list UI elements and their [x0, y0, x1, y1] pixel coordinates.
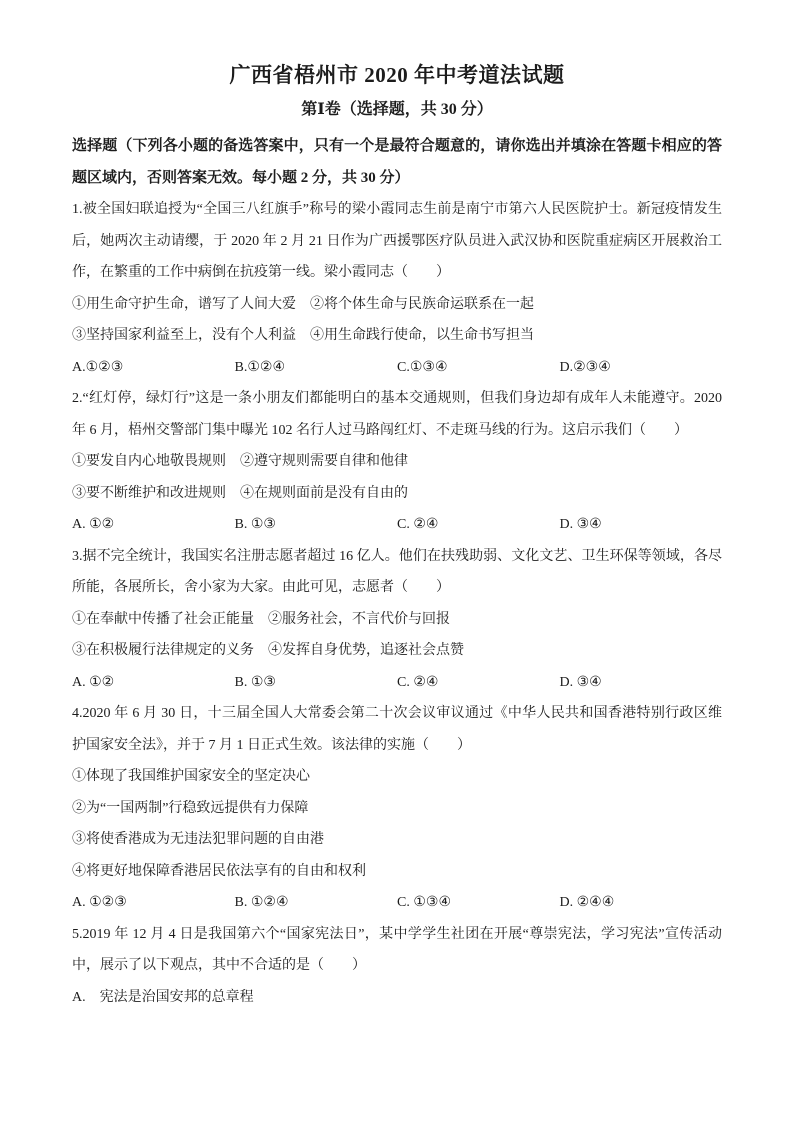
- question-4-items-line-1: ①体现了我国维护国家安全的坚定决心: [72, 761, 722, 793]
- question-2-option-d: D. ③④: [560, 509, 723, 541]
- question-3-option-a: A. ①②: [72, 667, 235, 699]
- question-3-items-line-2: ③在积极履行法律规定的义务 ④发挥自身优势，追逐社会点赞: [72, 635, 722, 667]
- question-list: 1.被全国妇联追授为“全国三八红旗手”称号的梁小霞同志生前是南宁市第六人民医院护…: [72, 194, 722, 1013]
- question-4-option-a: A. ①②③: [72, 887, 235, 919]
- question-1-stem: 1.被全国妇联追授为“全国三八红旗手”称号的梁小霞同志生前是南宁市第六人民医院护…: [72, 194, 722, 289]
- question-1-option-row: A.①②③ B.①②④ C.①③④ D.②③④: [72, 352, 722, 384]
- page-title: 广西省梧州市 2020 年中考道法试题: [72, 58, 722, 92]
- question-5-stem: 5.2019 年 12 月 4 日是我国第六个“国家宪法日”，某中学学生社团在开…: [72, 919, 722, 982]
- question-4-items-line-4: ④将更好地保障香港居民依法享有的自由和权利: [72, 856, 722, 888]
- question-3-option-d: D. ③④: [560, 667, 723, 699]
- question-4-option-b: B. ①②④: [235, 887, 398, 919]
- question-4-option-row: A. ①②③ B. ①②④ C. ①③④ D. ②④④: [72, 887, 722, 919]
- question-4-items-line-2: ②为“一国两制”行稳致远提供有力保障: [72, 793, 722, 825]
- question-4-option-d: D. ②④④: [560, 887, 723, 919]
- question-4-option-c: C. ①③④: [397, 887, 560, 919]
- question-2-option-row: A. ①② B. ①③ C. ②④ D. ③④: [72, 509, 722, 541]
- question-1-items-line-2: ③坚持国家利益至上，没有个人利益 ④用生命践行使命，以生命书写担当: [72, 320, 722, 352]
- question-1-option-c: C.①③④: [397, 352, 560, 384]
- question-3-option-row: A. ①② B. ①③ C. ②④ D. ③④: [72, 667, 722, 699]
- section-header: 第Ⅰ卷（选择题，共 30 分）: [72, 95, 722, 125]
- exam-instructions: 选择题（下列各小题的备选答案中，只有一个是最符合题意的，请你选出并填涂在答题卡相…: [72, 130, 722, 194]
- question-2: 2.“红灯停，绿灯行”这是一条小朋友们都能明白的基本交通规则，但我们身边却有成年…: [72, 383, 722, 541]
- question-4-items-line-3: ③将使香港成为无违法犯罪问题的自由港: [72, 824, 722, 856]
- question-5: 5.2019 年 12 月 4 日是我国第六个“国家宪法日”，某中学学生社团在开…: [72, 919, 722, 1014]
- question-2-items-line-2: ③要不断维护和改进规则 ④在规则面前是没有自由的: [72, 478, 722, 510]
- question-3-stem: 3.据不完全统计，我国实名注册志愿者超过 16 亿人。他们在扶残助弱、文化文艺、…: [72, 541, 722, 604]
- question-2-option-c: C. ②④: [397, 509, 560, 541]
- question-4: 4.2020 年 6 月 30 日，十三届全国人大常委会第二十次会议审议通过《中…: [72, 698, 722, 919]
- question-1-option-a: A.①②③: [72, 352, 235, 384]
- question-1: 1.被全国妇联追授为“全国三八红旗手”称号的梁小霞同志生前是南宁市第六人民医院护…: [72, 194, 722, 383]
- question-1-option-d: D.②③④: [560, 352, 723, 384]
- exam-document-page: 广西省梧州市 2020 年中考道法试题 第Ⅰ卷（选择题，共 30 分） 选择题（…: [0, 0, 793, 1122]
- question-2-items-line-1: ①要发自内心地敬畏规则 ②遵守规则需要自律和他律: [72, 446, 722, 478]
- question-2-stem: 2.“红灯停，绿灯行”这是一条小朋友们都能明白的基本交通规则，但我们身边却有成年…: [72, 383, 722, 446]
- page-content: 广西省梧州市 2020 年中考道法试题 第Ⅰ卷（选择题，共 30 分） 选择题（…: [0, 0, 793, 1013]
- question-2-option-b: B. ①③: [235, 509, 398, 541]
- question-4-stem: 4.2020 年 6 月 30 日，十三届全国人大常委会第二十次会议审议通过《中…: [72, 698, 722, 761]
- question-1-option-b: B.①②④: [235, 352, 398, 384]
- question-3-option-c: C. ②④: [397, 667, 560, 699]
- question-1-items-line-1: ①用生命守护生命，谱写了人间大爱 ②将个体生命与民族命运联系在一起: [72, 289, 722, 321]
- question-5-option-a: A. 宪法是治国安邦的总章程: [72, 982, 722, 1014]
- question-3: 3.据不完全统计，我国实名注册志愿者超过 16 亿人。他们在扶残助弱、文化文艺、…: [72, 541, 722, 699]
- question-3-option-b: B. ①③: [235, 667, 398, 699]
- question-3-items-line-1: ①在奉献中传播了社会正能量 ②服务社会，不言代价与回报: [72, 604, 722, 636]
- question-2-option-a: A. ①②: [72, 509, 235, 541]
